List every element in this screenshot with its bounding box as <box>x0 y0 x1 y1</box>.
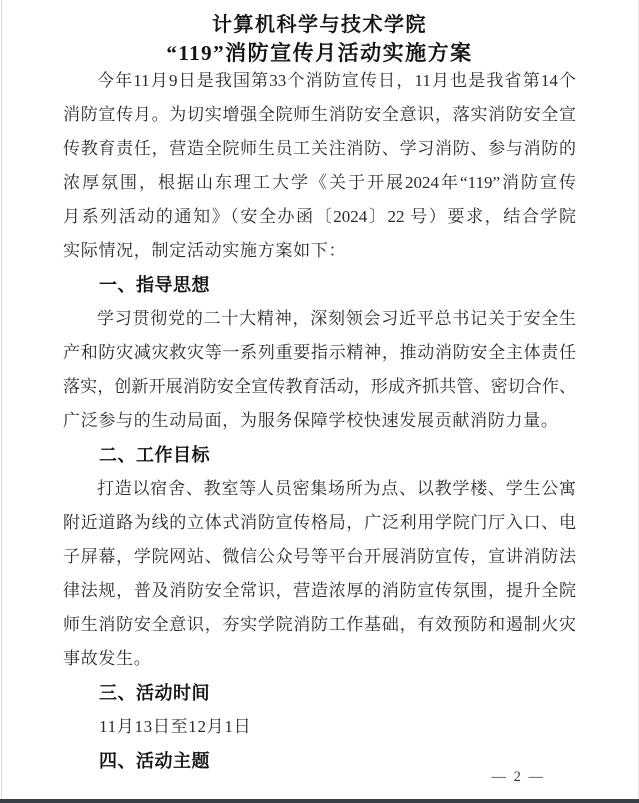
doc-title: 计算机科学与技术学院 “119”消防宣传月活动实施方案 <box>0 0 639 68</box>
page-number: — 2 — <box>492 769 546 786</box>
paragraph-line: 实际情况，制定活动实施方案如下： <box>63 234 576 268</box>
section-heading: 二、工作目标 <box>63 438 576 472</box>
page-left-edge-line <box>1 0 2 803</box>
document-page: 计算机科学与技术学院 “119”消防宣传月活动实施方案 今年11月9日是我国第3… <box>0 0 639 803</box>
paragraph-line: 今年11月9日是我国第33个消防宣传日，11月也是我省第14个 <box>63 64 576 98</box>
bottom-edge-bar <box>0 799 639 803</box>
date-line: 11月13日至12月1日 <box>63 710 576 744</box>
document-body: 今年11月9日是我国第33个消防宣传日，11月也是我省第14个消防宣传月。为切实… <box>63 64 576 778</box>
paragraph-line: 浓厚氛围，根据山东理工大学《关于开展2024年“119”消防宣传 <box>63 166 576 200</box>
paragraph-line: 师生消防安全意识，夯实学院消防工作基础，有效预防和遏制火灾 <box>63 608 576 642</box>
paragraph-line: 传教育责任，营造全院师生员工关注消防、学习消防、参与消防的 <box>63 132 576 166</box>
doc-title-line1: 计算机科学与技术学院 <box>0 11 639 39</box>
paragraph-line: 学习贯彻党的二十大精神，深刻领会习近平总书记关于安全生 <box>63 302 576 336</box>
paragraph-line: 律法规，普及消防安全常识，营造浓厚的消防宣传氛围，提升全院 <box>63 574 576 608</box>
paragraph-line: 附近道路为线的立体式消防宣传格局，广泛利用学院门厅入口、电 <box>63 506 576 540</box>
paragraph-line: 广泛参与的生动局面，为服务保障学校快速发展贡献消防力量。 <box>63 404 576 438</box>
paragraph-line: 产和防灾减灾救灾等一系列重要指示精神，推动消防安全主体责任 <box>63 336 576 370</box>
paragraph-line: 打造以宿舍、教室等人员密集场所为点、以教学楼、学生公寓 <box>63 472 576 506</box>
paragraph-line: 消防宣传月。为切实增强全院师生消防安全意识，落实消防安全宣 <box>63 98 576 132</box>
paragraph-line: 事故发生。 <box>63 642 576 676</box>
section-heading: 一、指导思想 <box>63 268 576 302</box>
paragraph-line: 月系列活动的通知》（安全办函〔2024〕22 号）要求，结合学院 <box>63 200 576 234</box>
section-heading: 三、活动时间 <box>63 676 576 710</box>
paragraph-line: 子屏幕，学院网站、微信公众号等平台开展消防宣传，宣讲消防法 <box>63 540 576 574</box>
paragraph-line: 落实，创新开展消防安全宣传教育活动，形成齐抓共管、密切合作、 <box>63 370 576 404</box>
